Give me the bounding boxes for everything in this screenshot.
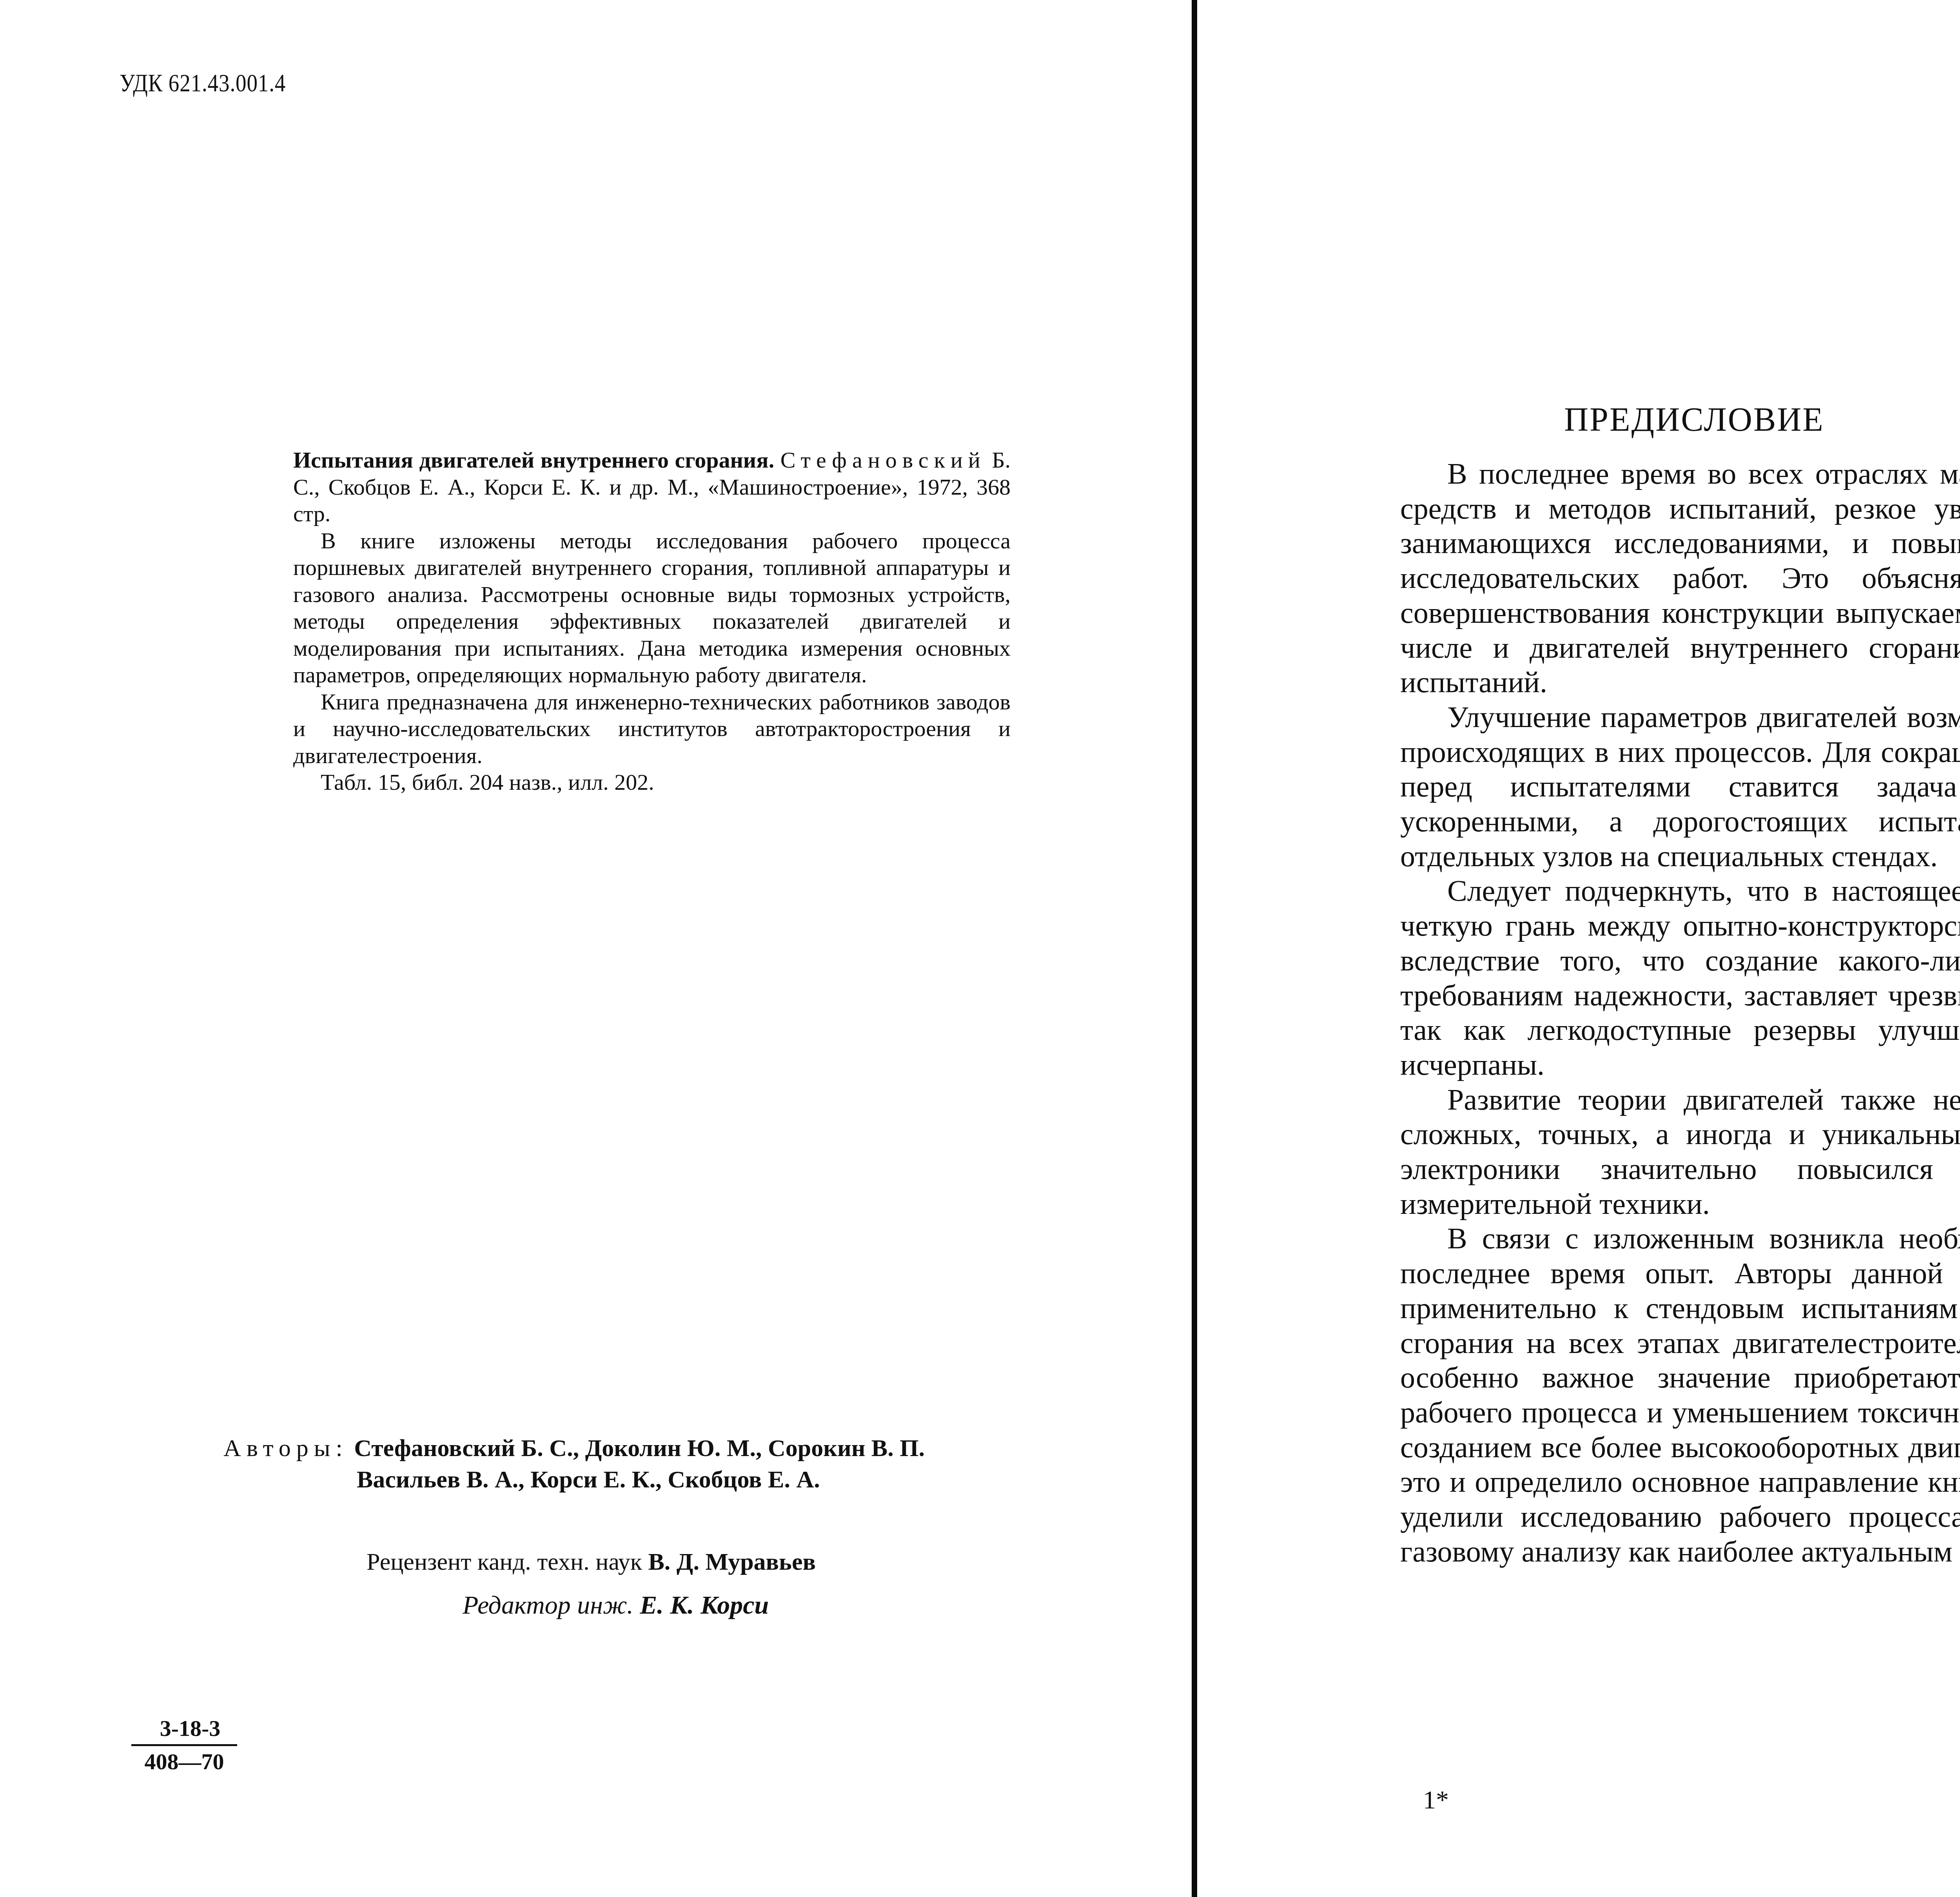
authors-names-1: Стефановский Б. С., Доколин Ю. М., Сорок… [354, 1435, 925, 1462]
authors-names-2: Васильев В. А., Корси Е. К., Скобцов Е. … [223, 1464, 1125, 1495]
abstract-paragraph: Книга предназначена для инженерно-технич… [293, 689, 1011, 769]
abstract-paragraph: В книге изложены методы исследования раб… [293, 528, 1011, 689]
publication-code-denominator: 408—70 [131, 1746, 237, 1777]
editor-label: Редактор инж. [463, 1591, 633, 1620]
abstract-book-title: Испытания двигателей внутреннего сгорани… [293, 447, 774, 473]
abstract-first-author: Стефановский [780, 447, 986, 473]
authors-block: Авторы: Стефановский Б. С., Доколин Ю. М… [223, 1433, 1125, 1495]
left-page: УДК 621.43.001.4 Испытания двигателей вн… [0, 0, 1192, 1897]
page-title: ПРЕДИСЛОВИЕ [1564, 400, 1824, 439]
bibliographic-abstract: Испытания двигателей внутреннего сгорани… [293, 447, 1011, 796]
preface-paragraph: Улучшение параметров двигателей возможно… [1400, 700, 1960, 874]
preface-paragraph: В последнее время во всех отраслях машин… [1400, 457, 1960, 700]
authors-line-1: Авторы: Стефановский Б. С., Доколин Ю. М… [223, 1433, 1125, 1464]
authors-label: Авторы: [223, 1435, 348, 1462]
reviewer-line: Рецензент канд. техн. наук В. Д. Муравье… [367, 1548, 816, 1576]
abstract-citation: Испытания двигателей внутреннего сгорани… [293, 447, 1011, 528]
preface-body: В последнее время во всех отраслях машин… [1400, 457, 1960, 1569]
reviewer-name: В. Д. Муравьев [648, 1549, 815, 1575]
editor-name: Е. К. Корси [640, 1591, 769, 1620]
publication-code: 3-18-3 408—70 [131, 1713, 237, 1777]
abstract-stats: Табл. 15, библ. 204 назв., илл. 202. [293, 769, 1011, 796]
preface-paragraph: Следует подчеркнуть, что в настоящее вре… [1400, 874, 1960, 1082]
editor-line: Редактор инж. Е. К. Корси [463, 1591, 769, 1620]
preface-paragraph: Развитие теории двигателей также невозмо… [1400, 1083, 1960, 1222]
reviewer-label: Рецензент канд. техн. наук [367, 1549, 642, 1575]
udk-code: УДК 621.43.001.4 [120, 69, 286, 98]
preface-paragraph: В связи с изложенным возникла необходимо… [1400, 1221, 1960, 1569]
publication-code-numerator: 3-18-3 [131, 1713, 237, 1746]
book-spine-divider [1192, 0, 1197, 1897]
signature-mark: 1* [1423, 1785, 1449, 1815]
